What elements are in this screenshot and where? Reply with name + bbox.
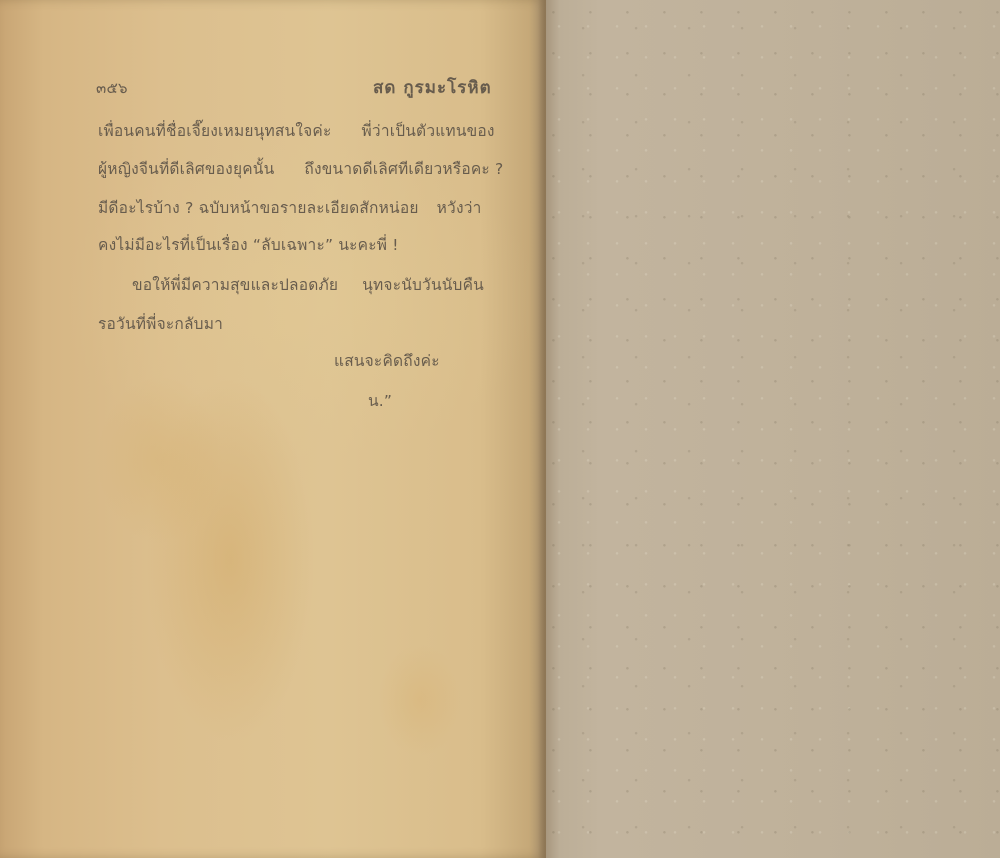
- body-line-segment: ขอให้พี่มีความสุขและปลอดภัย: [132, 276, 338, 294]
- body-line: มีดีอะไรบ้าง ? ฉบับหน้าขอรายละเอียดสักหน…: [98, 195, 482, 220]
- body-line: เพื่อนคนที่ชื่อเจี๊ยงเหมยนุทสนใจค่ะพี่ว่…: [98, 118, 495, 143]
- right-page-blank: [546, 0, 1000, 858]
- letter-signature: น.”: [368, 388, 392, 413]
- body-line: ผู้หญิงจีนที่ดีเลิศของยุคนั้นถึงขนาดดีเล…: [98, 156, 503, 181]
- book-spread: ๓๕๖ สด กูรมะโรหิต เพื่อนคนที่ชื่อเจี๊ยงเ…: [0, 0, 1000, 858]
- body-line-segment: พี่ว่าเป็นตัวแทนของ: [362, 122, 495, 140]
- body-line-segment: เพื่อนคนที่ชื่อเจี๊ยงเหมยนุทสนใจค่ะ: [98, 122, 332, 140]
- letter-closing: แสนจะคิดถึงค่ะ: [334, 348, 440, 373]
- running-head-author: สด กูรมะโรหิต: [373, 74, 492, 101]
- body-line-segment: นุทจะนับวันนับคืน: [362, 276, 484, 294]
- body-line-indented: ขอให้พี่มีความสุขและปลอดภัยนุทจะนับวันนั…: [132, 272, 484, 297]
- body-line-segment: มีดีอะไรบ้าง ? ฉบับหน้าขอรายละเอียดสักหน…: [98, 199, 419, 217]
- body-line-segment: ถึงขนาดดีเลิศทีเดียวหรือคะ ?: [304, 160, 503, 178]
- body-line: รอวันที่พี่จะกลับมา: [98, 311, 223, 336]
- body-line-segment: รอวันที่พี่จะกลับมา: [98, 315, 223, 333]
- body-line-segment: หวังว่า: [437, 199, 482, 217]
- body-line: คงไม่มีอะไรที่เป็นเรื่อง “ลับเฉพาะ” นะคะ…: [98, 232, 399, 257]
- page-number: ๓๕๖: [96, 76, 128, 100]
- left-page: ๓๕๖ สด กูรมะโรหิต เพื่อนคนที่ชื่อเจี๊ยงเ…: [0, 0, 546, 858]
- body-line-segment: ผู้หญิงจีนที่ดีเลิศของยุคนั้น: [98, 160, 274, 178]
- body-line-segment: คงไม่มีอะไรที่เป็นเรื่อง “ลับเฉพาะ” นะคะ…: [98, 236, 399, 254]
